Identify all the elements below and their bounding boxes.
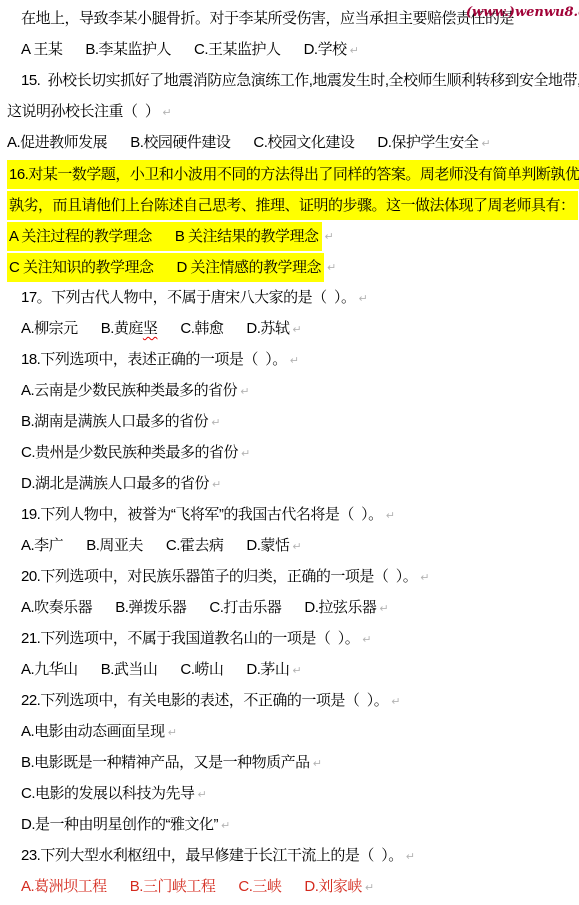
paragraph-mark-icon: ↵ — [313, 758, 322, 770]
answer-option: D.苏轼 — [246, 320, 289, 337]
question-22-option-c-text: C.电影的发展以科技为先导 — [21, 785, 195, 802]
question-22-option-a-text: A.电影由动态画面呈现 — [21, 723, 165, 740]
answer-option: D.学校 — [304, 41, 347, 58]
answer-option: D.蒙恬 — [246, 537, 289, 554]
paragraph-mark-icon: ↵ — [198, 789, 207, 801]
question-20-options-text: A.吹奏乐器B.弹拨乐器C.打击乐器D.拉弦乐器 — [21, 599, 376, 616]
question-14-options: A 王某B.李某监护人C.王某监护人D.学校↵ — [0, 34, 579, 65]
question-20-text-text: 20.下列选项中，对民族乐器笛子的归类，正确的一项是（ ）。 — [21, 568, 417, 585]
paragraph-mark-icon: ↵ — [240, 386, 249, 398]
paragraph-mark-icon: ↵ — [386, 510, 395, 522]
question-20-text: 20.下列选项中，对民族乐器笛子的归类，正确的一项是（ ）。↵ — [0, 561, 579, 592]
paragraph-mark-icon: ↵ — [211, 417, 220, 429]
answer-option: B.校园硬件建设 — [130, 134, 230, 151]
answer-option: B.周亚夫 — [86, 537, 143, 554]
paragraph-mark-icon: ↵ — [292, 541, 301, 553]
question-18-option-b: B.湖南是满族人口最多的省份↵ — [0, 406, 579, 437]
question-18-option-b-text: B.湖南是满族人口最多的省份 — [21, 413, 208, 430]
paragraph-mark-icon: ↵ — [350, 45, 359, 57]
answer-option: C.崂山 — [180, 661, 223, 678]
question-16-text-line-2-text: 孰劣，而且请他们上台陈述自己思考、推理、证明的步骤。这一做法体现了周老师具有： — [7, 191, 578, 220]
question-16-text-line-2: 孰劣，而且请他们上台陈述自己思考、推理、证明的步骤。这一做法体现了周老师具有：↵ — [0, 189, 579, 220]
answer-option: D.拉弦乐器 — [304, 599, 376, 616]
question-16-text-line-1-text: 16.对某一数学题，小卫和小波用不同的方法得出了同样的答案。周老师没有简单判断孰… — [7, 160, 579, 189]
question-15-text-line-2-text: 这说明孙校长注重（ ） — [7, 103, 159, 120]
paragraph-list: 在地上，导致李某小腿骨折。对于李某所受伤害，应当承担主要赔偿责任的是A 王某B.… — [0, 3, 579, 902]
question-14-options-text: A 王某B.李某监护人C.王某监护人D.学校 — [21, 41, 347, 58]
answer-option: A 王某 — [21, 41, 62, 58]
question-18-option-a-text: A.云南是少数民族种类最多的省份 — [21, 382, 237, 399]
question-14-text-continuation-text: 在地上，导致李某小腿骨折。对于李某所受伤害，应当承担主要赔偿责任的是 — [21, 10, 514, 27]
question-22-text: 22.下列选项中，有关电影的表述，不正确的一项是（ ）。↵ — [0, 685, 579, 716]
question-19-text: 19.下列人物中，被誉为“飞将军”的我国古代名将是（ ）。↵ — [0, 499, 579, 530]
question-15-text-line-2: 这说明孙校长注重（ ）↵ — [0, 96, 579, 127]
question-17-text-text: 17。下列古代人物中，不属于唐宋八大家的是（ ）。 — [21, 289, 356, 306]
question-18-text: 18.下列选项中，表述正确的一项是（ ）。↵ — [0, 344, 579, 375]
answer-option: B.武当山 — [101, 661, 158, 678]
answer-option: B.李某监护人 — [85, 41, 171, 58]
question-18-option-c: C.贵州是少数民族种类最多的省份↵ — [0, 437, 579, 468]
paragraph-mark-icon: ↵ — [365, 882, 374, 894]
paragraph-mark-icon: ↵ — [406, 851, 415, 863]
question-23-options: A.葛洲坝工程B.三门峡工程C.三峡D.刘家峡↵ — [0, 871, 579, 902]
answer-option: B.弹拨乐器 — [115, 599, 186, 616]
question-22-option-c: C.电影的发展以科技为先导↵ — [0, 778, 579, 809]
question-15-text-line-1: 15. 孙校长切实抓好了地震消防应急演练工作,地震发生时,全校师生顺利转移到安全… — [0, 65, 579, 96]
question-21-options: A.九华山B.武当山C.崂山D.茅山↵ — [0, 654, 579, 685]
answer-option: C.韩愈 — [180, 320, 223, 337]
question-17-options-text: A.柳宗元B.黄庭坚C.韩愈D.苏轼 — [21, 320, 289, 337]
question-22-option-b-text: B.电影既是一种精神产品，又是一种物质产品 — [21, 754, 310, 771]
answer-option: A.促进教师发展 — [7, 134, 107, 151]
answer-option: A 关注过程的教学理念 — [9, 228, 152, 245]
question-16-options-ab-text: A 关注过程的教学理念B 关注结果的教学理念 — [7, 222, 322, 251]
question-18-option-c-text: C.贵州是少数民族种类最多的省份 — [21, 444, 238, 461]
question-23-options-text: A.葛洲坝工程B.三门峡工程C.三峡D.刘家峡 — [21, 878, 362, 895]
question-22-option-d-text: D.是一种由明星创作的“雅文化” — [21, 816, 218, 833]
question-17-text: 17。下列古代人物中，不属于唐宋八大家的是（ ）。↵ — [0, 282, 579, 313]
question-16-options-ab: A 关注过程的教学理念B 关注结果的教学理念↵ — [0, 220, 579, 251]
paragraph-mark-icon: ↵ — [241, 448, 250, 460]
answer-option: C 关注知识的教学理念 — [9, 259, 154, 276]
paragraph-mark-icon: ↵ — [290, 355, 299, 367]
answer-option: D.保护学生安全 — [377, 134, 478, 151]
paragraph-mark-icon: ↵ — [379, 603, 388, 615]
answer-option: A.葛洲坝工程 — [21, 878, 107, 895]
question-15-options-text: A.促进教师发展B.校园硬件建设C.校园文化建设D.保护学生安全 — [7, 134, 478, 151]
question-20-options: A.吹奏乐器B.弹拨乐器C.打击乐器D.拉弦乐器↵ — [0, 592, 579, 623]
question-18-option-d-text: D.湖北是满族人口最多的省份 — [21, 475, 209, 492]
question-22-option-d: D.是一种由明星创作的“雅文化”↵ — [0, 809, 579, 840]
answer-option: A.柳宗元 — [21, 320, 78, 337]
paragraph-mark-icon: ↵ — [221, 820, 230, 832]
answer-option: D.茅山 — [246, 661, 289, 678]
paragraph-mark-icon: ↵ — [292, 665, 301, 677]
paragraph-mark-icon: ↵ — [359, 293, 368, 305]
question-16-text-line-1: 16.对某一数学题，小卫和小波用不同的方法得出了同样的答案。周老师没有简单判断孰… — [0, 158, 579, 189]
answer-option: C.霍去病 — [166, 537, 224, 554]
paragraph-mark-icon: ↵ — [420, 572, 429, 584]
paragraph-mark-icon: ↵ — [391, 696, 400, 708]
answer-option: C.三峡 — [238, 878, 281, 895]
answer-option: B.黄庭坚 — [101, 320, 158, 337]
answer-option: C.校园文化建设 — [253, 134, 354, 151]
question-21-options-text: A.九华山B.武当山C.崂山D.茅山 — [21, 661, 289, 678]
paragraph-mark-icon: ↵ — [481, 138, 490, 150]
question-22-option-a: A.电影由动态画面呈现↵ — [0, 716, 579, 747]
question-21-text: 21.下列选项中，不属于我国道教名山的一项是（ ）。↵ — [0, 623, 579, 654]
question-22-option-b: B.电影既是一种精神产品，又是一种物质产品↵ — [0, 747, 579, 778]
exam-document: (www.)wenwu8.c 在地上，导致李某小腿骨折。对于李某所受伤害，应当承… — [0, 0, 579, 905]
watermark: (www.)wenwu8.c — [466, 5, 579, 20]
question-15-text-line-1-text: 15. 孙校长切实抓好了地震消防应急演练工作,地震发生时,全校师生顺利转移到安全… — [21, 72, 579, 89]
answer-option: D 关注情感的教学理念 — [177, 259, 322, 276]
question-19-text-text: 19.下列人物中，被誉为“飞将军”的我国古代名将是（ ）。 — [21, 506, 383, 523]
answer-option: C.打击乐器 — [209, 599, 281, 616]
question-19-options-text: A.李广B.周亚夫C.霍去病D.蒙恬 — [21, 537, 289, 554]
paragraph-mark-icon: ↵ — [325, 231, 334, 243]
question-19-options: A.李广B.周亚夫C.霍去病D.蒙恬↵ — [0, 530, 579, 561]
answer-option: A.吹奏乐器 — [21, 599, 92, 616]
answer-option: B 关注结果的教学理念 — [175, 228, 319, 245]
answer-option: A.九华山 — [21, 661, 78, 678]
question-23-text-text: 23.下列大型水利枢纽中，最早修建于长江干流上的是（ ）。 — [21, 847, 403, 864]
question-15-options: A.促进教师发展B.校园硬件建设C.校园文化建设D.保护学生安全↵ — [0, 127, 579, 158]
paragraph-mark-icon: ↵ — [327, 262, 336, 274]
answer-option: C.王某监护人 — [194, 41, 281, 58]
question-16-options-cd: C 关注知识的教学理念D 关注情感的教学理念↵ — [0, 251, 579, 282]
question-18-text-text: 18.下列选项中，表述正确的一项是（ ）。 — [21, 351, 287, 368]
question-16-options-cd-text: C 关注知识的教学理念D 关注情感的教学理念 — [7, 253, 324, 282]
answer-option: A.李广 — [21, 537, 63, 554]
question-18-option-a: A.云南是少数民族种类最多的省份↵ — [0, 375, 579, 406]
paragraph-mark-icon: ↵ — [168, 727, 177, 739]
question-17-options: A.柳宗元B.黄庭坚C.韩愈D.苏轼↵ — [0, 313, 579, 344]
question-18-option-d: D.湖北是满族人口最多的省份↵ — [0, 468, 579, 499]
answer-option: D.刘家峡 — [304, 878, 362, 895]
question-21-text-text: 21.下列选项中，不属于我国道教名山的一项是（ ）。 — [21, 630, 359, 647]
question-23-text: 23.下列大型水利枢纽中，最早修建于长江干流上的是（ ）。↵ — [0, 840, 579, 871]
spellcheck-wavy-underline: 坚 — [143, 320, 158, 337]
paragraph-mark-icon: ↵ — [292, 324, 301, 336]
answer-option: B.三门峡工程 — [130, 878, 216, 895]
paragraph-mark-icon: ↵ — [162, 107, 171, 119]
paragraph-mark-icon: ↵ — [362, 634, 371, 646]
question-22-text-text: 22.下列选项中，有关电影的表述，不正确的一项是（ ）。 — [21, 692, 388, 709]
paragraph-mark-icon: ↵ — [212, 479, 221, 491]
